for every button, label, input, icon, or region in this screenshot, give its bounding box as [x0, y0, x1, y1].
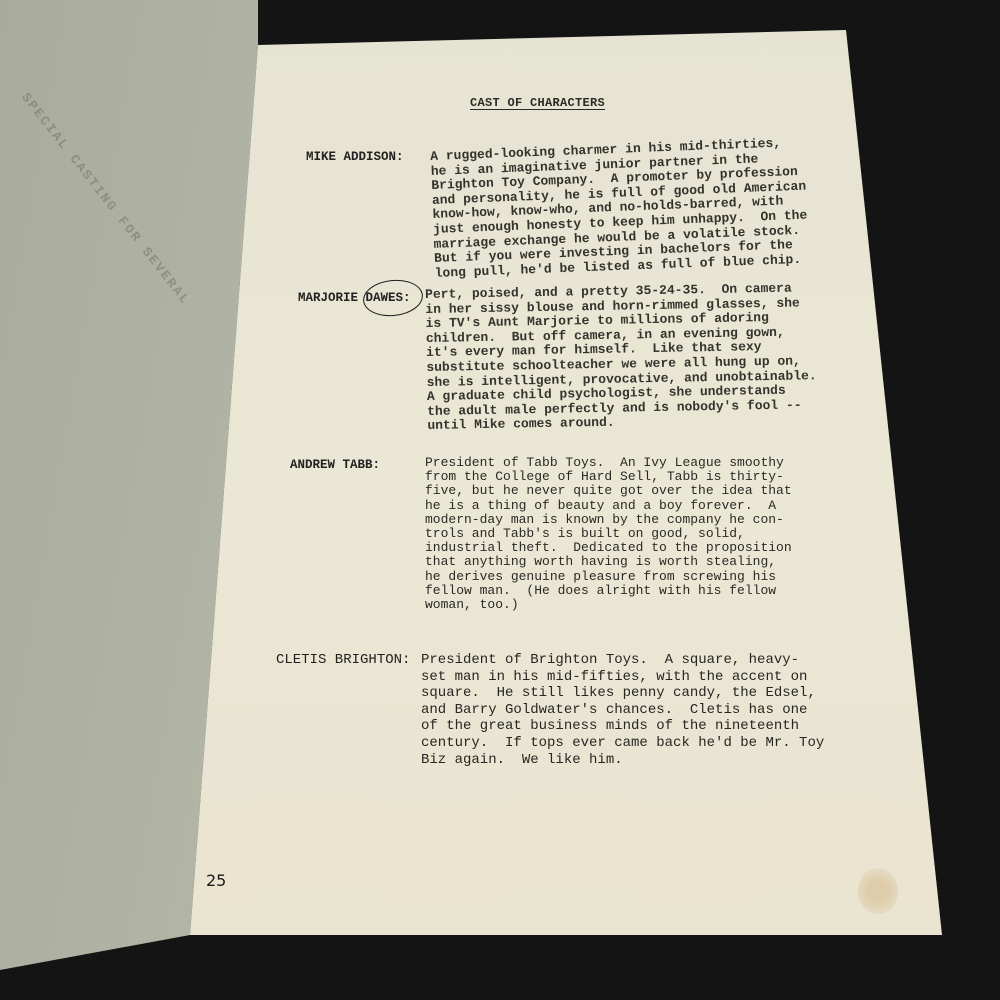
character-description: President of Brighton Toys. A square, he…	[421, 652, 824, 768]
facing-page-bleed-text: SPECIAL CASTING FOR SEVERAL	[18, 90, 215, 336]
page-title: CAST OF CHARACTERS	[470, 96, 605, 110]
page-number: 25	[206, 871, 226, 890]
character-description: A rugged-looking charmer in his mid-thir…	[430, 136, 809, 282]
character-description: Pert, poised, and a pretty 35-24-35. On …	[425, 281, 818, 434]
character-name: CLETIS BRIGHTON:	[276, 652, 410, 668]
character-name: MIKE ADDISON:	[306, 150, 404, 164]
character-name: ANDREW TABB:	[290, 458, 380, 472]
character-description: President of Tabb Toys. An Ivy League sm…	[425, 456, 792, 612]
paper-stain	[858, 868, 898, 914]
